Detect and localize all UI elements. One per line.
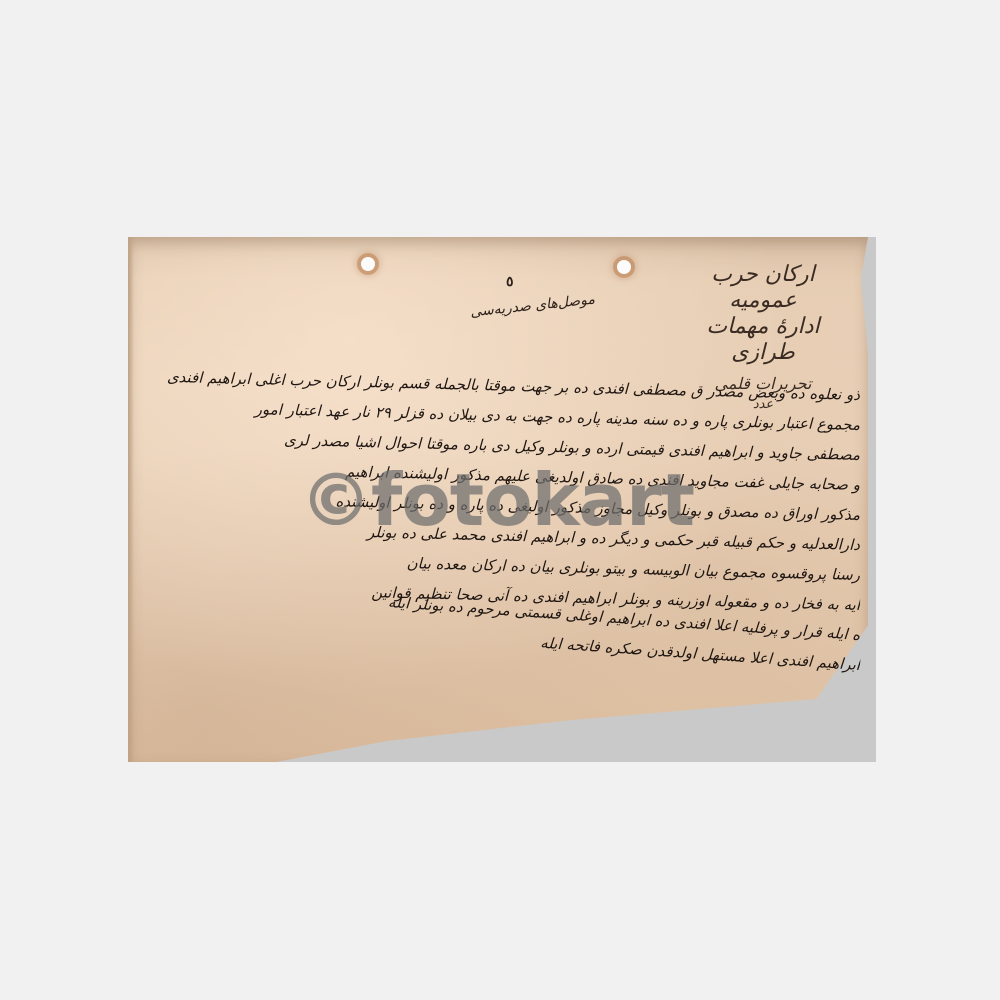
punch-hole-right: [617, 260, 631, 274]
paper-edge: [128, 237, 134, 762]
punch-hole-left: [361, 257, 375, 271]
product-photo: ارکان حرب عمومیه ادارۀ مهمات طرازی تحریر…: [0, 0, 1000, 1000]
page-number-mark: ٥: [506, 274, 514, 290]
letterhead-org: ارکان حرب عمومیه: [688, 262, 838, 314]
watermark: ©fotokart: [300, 460, 694, 540]
letterhead-org-line2: ادارۀ مهمات طرازی: [688, 314, 838, 366]
